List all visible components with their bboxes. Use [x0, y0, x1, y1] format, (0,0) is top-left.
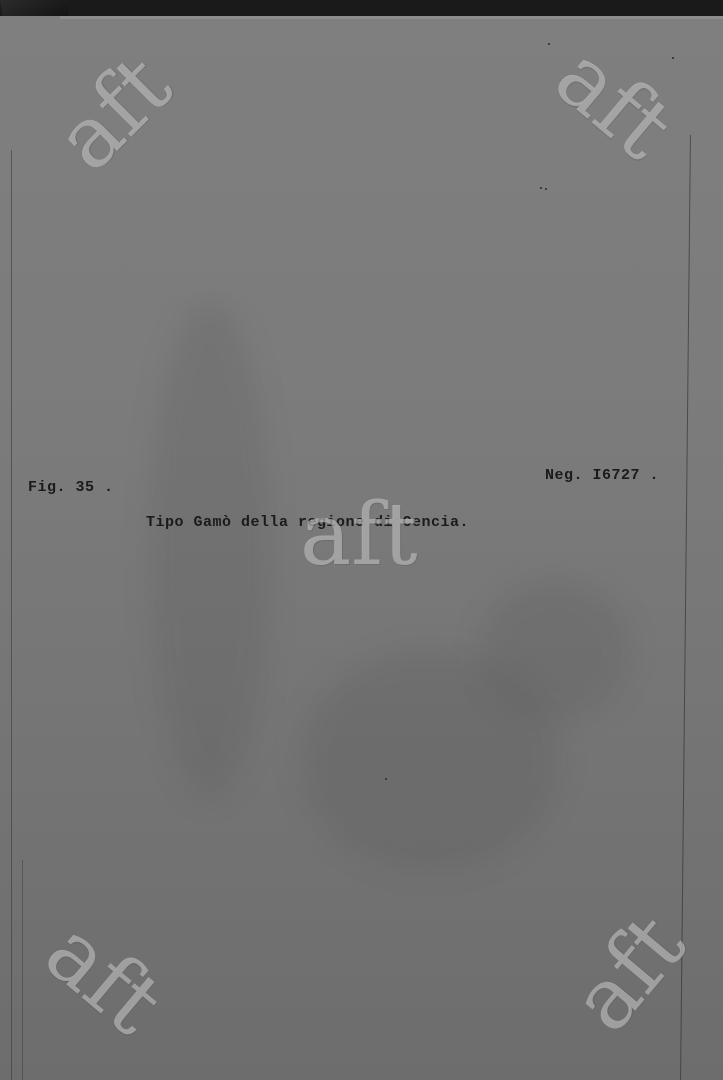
- negative-number: Neg. I6727 .: [545, 468, 659, 483]
- watermark: aft: [300, 492, 418, 578]
- figure-number: Fig. 35 .: [28, 480, 114, 495]
- page-fold-line-left-inner: [22, 860, 23, 1080]
- page-fold-line-left: [11, 150, 12, 1080]
- paper-speck: [548, 43, 550, 45]
- paper-stain: [150, 300, 270, 800]
- paper-speck: [672, 57, 674, 59]
- paper-speck: [545, 188, 547, 190]
- paper-speck: [540, 187, 542, 189]
- paper-speck: [385, 778, 387, 780]
- paper-stain: [480, 580, 630, 720]
- page-top-edge: [60, 16, 723, 19]
